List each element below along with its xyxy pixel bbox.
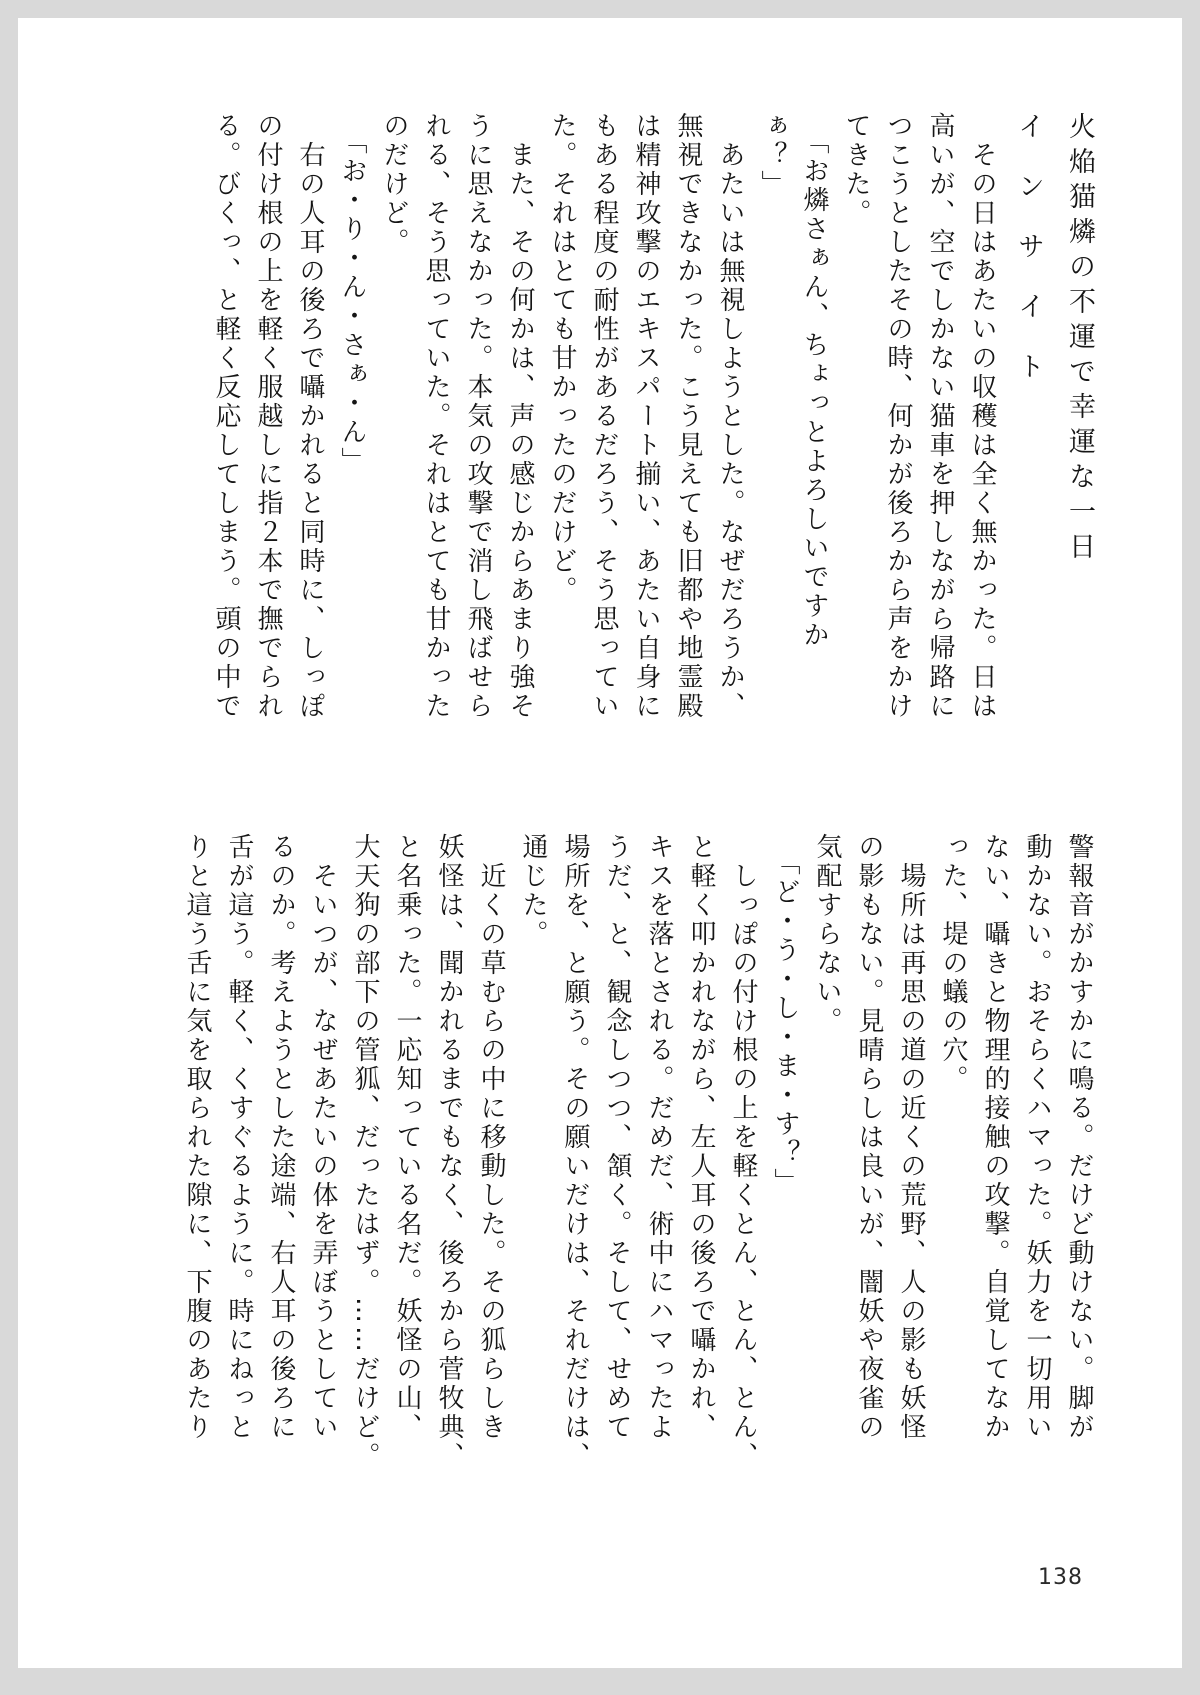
text-line: 高いが、空でしかない猫車を押しながら帰路に [919, 112, 961, 767]
text-line: ぁ？」 [751, 112, 793, 767]
text-line: 気配すらない。 [806, 833, 848, 1493]
text-line: 大天狗の部下の管狐、だったはず。……だけど。 [344, 833, 386, 1493]
text-line: りと這う舌に気を取られた隙に、下腹のあたり [176, 833, 218, 1493]
story-title: 火焔猫燐の不運で幸運な一日 [1053, 112, 1105, 767]
text-line: と軽く叩かれながら、左人耳の後ろで囁かれ、 [680, 833, 722, 1493]
text-line: また、その何かは、声の感じからあまり強そ [499, 112, 541, 767]
text-line: その日はあたいの収穫は全く無かった。日は [961, 112, 1003, 767]
story-subtitle: インサイト [1003, 112, 1053, 767]
text-line: れる、そう思っていた。それはとても甘かった [415, 112, 457, 767]
text-line: 通じた。 [512, 833, 554, 1493]
text-line: た。それはとても甘かったのだけど。 [541, 112, 583, 767]
text-line: もある程度の耐性があるだろう、そう思ってい [583, 112, 625, 767]
text-line: 近くの草むらの中に移動した。その狐らしき [470, 833, 512, 1493]
text-line: てきた。 [835, 112, 877, 767]
text-line: 右の人耳の後ろで囁かれると同時に、しっぽ [289, 112, 331, 767]
text-line: の付け根の上を軽く服越しに指２本で撫でられ [247, 112, 289, 767]
top-text-block: 火焔猫燐の不運で幸運な一日 インサイト その日はあたいの収穫は全く無かった。日は… [205, 112, 1105, 767]
text-line: 妖怪は、聞かれるまでもなく、後ろから菅牧典、 [428, 833, 470, 1493]
text-line: うに思えなかった。本気の攻撃で消し飛ばせら [457, 112, 499, 767]
text-line: の影もない。見晴らしは良いが、闇妖や夜雀の [848, 833, 890, 1493]
text-line: と名乗った。一応知っている名だ。妖怪の山、 [386, 833, 428, 1493]
text-line: つこうとしたその時、何かが後ろから声をかけ [877, 112, 919, 767]
page-number: 138 [1038, 1565, 1083, 1590]
text-line: 「ど・う・し・ま・す？」 [764, 833, 806, 1493]
text-line: 「お燐さぁん、ちょっとよろしいですか [793, 112, 835, 767]
text-line: しっぽの付け根の上を軽くとん、とん、とん、 [722, 833, 764, 1493]
text-line: ない、囁きと物理的接触の攻撃。自覚してなか [974, 833, 1016, 1493]
scan-background: 火焔猫燐の不運で幸運な一日 インサイト その日はあたいの収穫は全く無かった。日は… [0, 0, 1200, 1695]
text-line: るのか。考えようとした途端、右人耳の後ろに [260, 833, 302, 1493]
bottom-paragraph-lines: 警報音がかすかに鳴る。だけど動けない。脚が動かない。おそらくハマった。妖力を一切… [176, 833, 1100, 1493]
text-line: る。びくっ、と軽く反応してしまう。頭の中で [205, 112, 247, 767]
text-line: あたいは無視しようとした。なぜだろうか、 [709, 112, 751, 767]
text-line: 「お・り・ん・さぁ・ん」 [331, 112, 373, 767]
text-line: 場所を、と願う。その願いだけは、それだけは、 [554, 833, 596, 1493]
text-line: 場所は再思の道の近くの荒野、人の影も妖怪 [890, 833, 932, 1493]
text-line: 警報音がかすかに鳴る。だけど動けない。脚が [1058, 833, 1100, 1493]
text-line: キスを落とされる。だめだ、術中にハマったよ [638, 833, 680, 1493]
text-line: 無視できなかった。こう見えても旧都や地霊殿 [667, 112, 709, 767]
top-paragraph-lines: その日はあたいの収穫は全く無かった。日は高いが、空でしかない猫車を押しながら帰路… [205, 112, 1003, 767]
bottom-text-block: 警報音がかすかに鳴る。だけど動けない。脚が動かない。おそらくハマった。妖力を一切… [176, 833, 1100, 1493]
text-line: そいつが、なぜあたいの体を弄ぼうとしてい [302, 833, 344, 1493]
text-line: うだ、と、観念しつつ、頷く。そして、せめて [596, 833, 638, 1493]
text-line: った、堤の蟻の穴。 [932, 833, 974, 1493]
text-line: 舌が這う。軽く、くすぐるように。時にねっと [218, 833, 260, 1493]
text-line: 動かない。おそらくハマった。妖力を一切用い [1016, 833, 1058, 1493]
text-line: のだけど。 [373, 112, 415, 767]
text-line: は精神攻撃のエキスパート揃い、あたい自身に [625, 112, 667, 767]
